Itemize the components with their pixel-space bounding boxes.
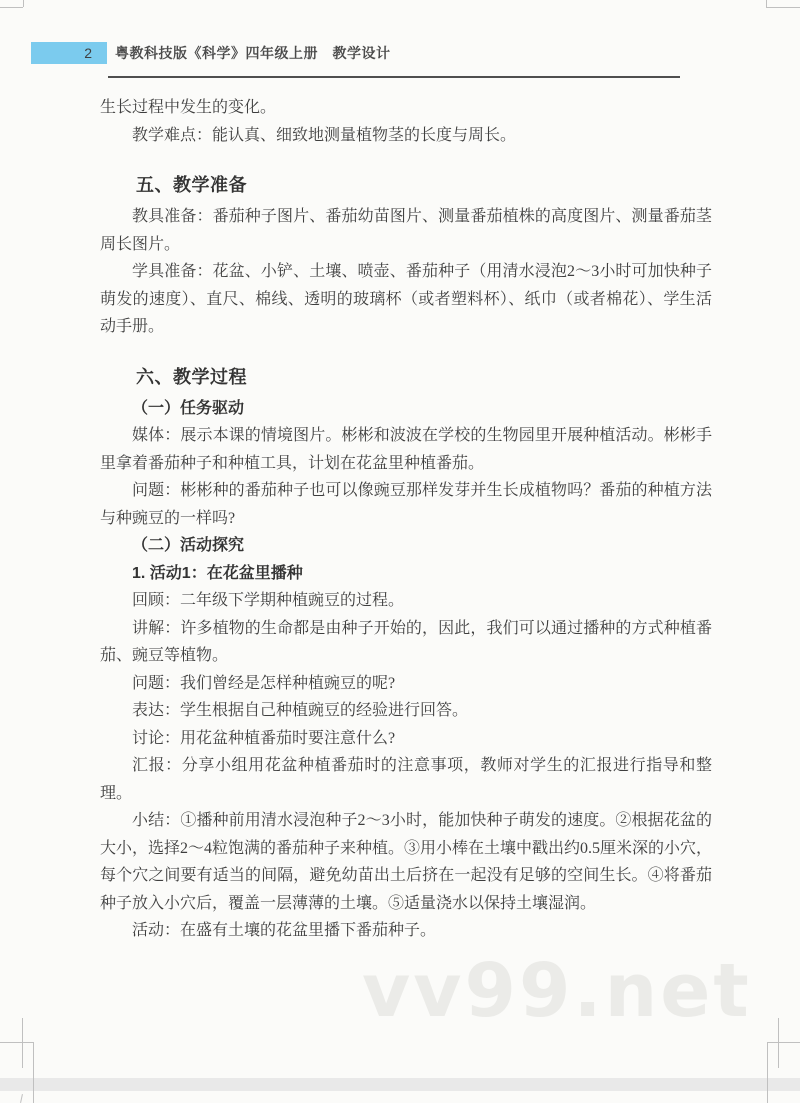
crop-mark-bottom-right [767,1042,768,1103]
paragraph-body: 学具准备：花盆、小铲、土壤、喷壶、番茄种子（用清水浸泡2～3小时可加快种子萌发的… [100,258,712,341]
paragraph-body: 问题：我们曾经是怎样种植豌豆的呢? [100,670,712,698]
crop-mark-top-left [0,7,23,8]
paragraph-body: 媒体：展示本课的情境图片。彬彬和波波在学校的生物园里开展种植活动。彬彬手里拿着番… [100,422,712,477]
paragraph-continuation: 生长过程中发生的变化。 [100,94,712,122]
document-body: 生长过程中发生的变化。教学难点：能认真、细致地测量植物茎的长度与周长。五、教学准… [100,94,712,945]
crop-mark-bottom-left [22,1018,23,1068]
paragraph-body: 讲解：许多植物的生命都是由种子开始的，因此，我们可以通过播种的方式种植番茄、豌豆… [100,615,712,670]
paragraph-body: 问题：彬彬种的番茄种子也可以像豌豆那样发芽并生长成植物吗？番茄的种植方法与种豌豆… [100,477,712,532]
crop-mark-bottom-right [778,1018,779,1068]
crop-mark-top-right [766,0,767,7]
crop-mark-top-right [766,7,800,8]
crop-mark-bottom-left [33,1042,34,1103]
paragraph-body: 汇报：分享小组用花盆种植番茄时的注意事项，教师对学生的汇报进行指导和整理。 [100,752,712,807]
document-page: 2 粤教科技版《科学》四年级上册 教学设计 生长过程中发生的变化。教学难点：能认… [0,0,800,1103]
paragraph-body: 教具准备：番茄种子图片、番茄幼苗图片、测量番茄植株的高度图片、测量番茄茎周长图片… [100,203,712,258]
paragraph-body: 讨论：用花盆种植番茄时要注意什么? [100,725,712,753]
crop-mark-bottom-left [20,1094,23,1103]
header-rule [108,76,680,78]
page-number-badge: 2 [31,42,107,64]
paragraph-section-heading: 五、教学准备 [100,171,712,200]
paragraph-body: 活动：在盛有土壤的花盆里播下番茄种子。 [100,917,712,945]
paragraph-body: 小结：①播种前用清水浸泡种子2～3小时，能加快种子萌发的速度。②根据花盆的大小，… [100,807,712,917]
paragraph-sub-heading: （二）活动探究 [100,532,712,560]
paragraph-body: 表达：学生根据自己种植豌豆的经验进行回答。 [100,697,712,725]
page-number: 2 [84,45,92,61]
watermark: vv99.net [362,948,752,1034]
paragraph-section-heading: 六、教学过程 [100,363,712,392]
crop-mark-bottom-left [0,1042,33,1043]
crop-mark-top-left [23,0,24,7]
footer-band [0,1078,800,1091]
crop-mark-bottom-right [767,1042,800,1043]
paragraph-activity-heading: 1. 活动1：在花盆里播种 [100,560,712,588]
header-title: 粤教科技版《科学》四年级上册 教学设计 [115,42,391,64]
paragraph-sub-heading: （一）任务驱动 [100,395,712,423]
paragraph-body: 回顾：二年级下学期种植豌豆的过程。 [100,587,712,615]
paragraph-body: 教学难点：能认真、细致地测量植物茎的长度与周长。 [100,122,712,150]
